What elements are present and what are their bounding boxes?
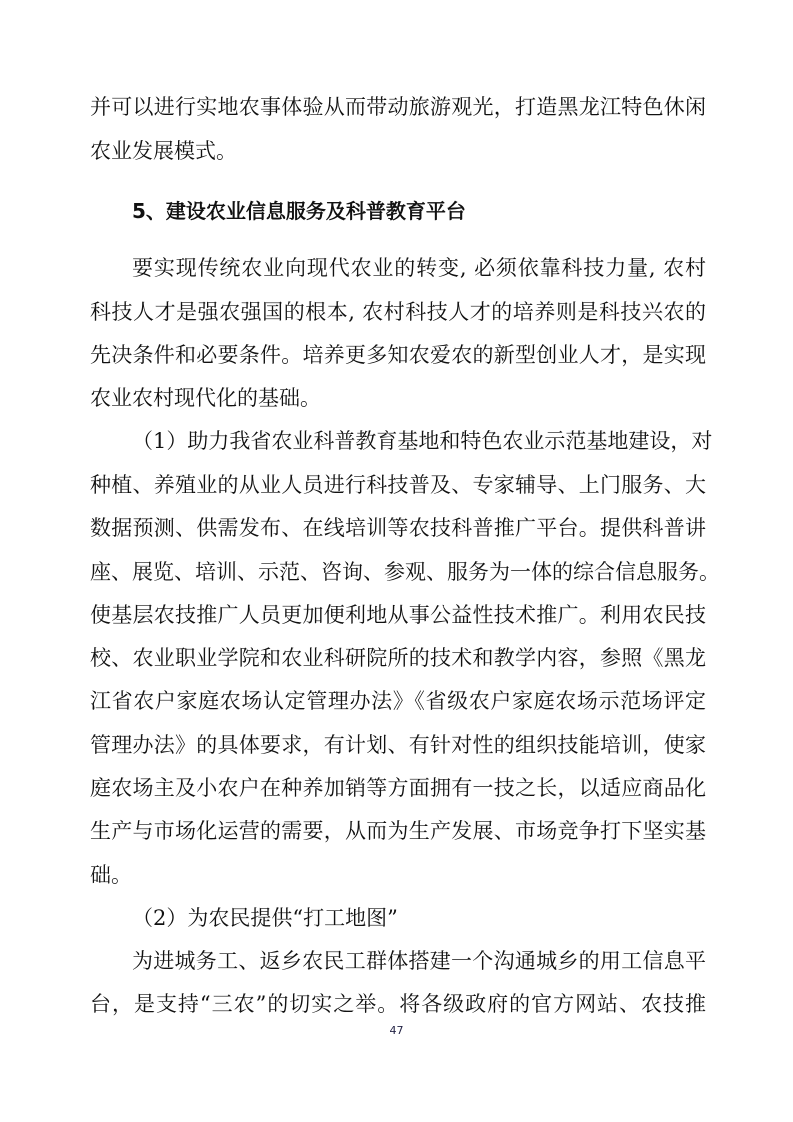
body-text-line: 座、展览、培训、示范、咨询、参观、服务为一体的综合信息服务。 [90, 557, 706, 587]
body-text-line: 校、农业职业学院和农业科研院所的技术和教学内容，参照《黑龙 [90, 643, 706, 673]
body-text-line: （1）助力我省农业科普教育基地和特色农业示范基地建设，对 [132, 426, 706, 456]
body-text-line: 要实现传统农业向现代农业的转变, 必须依靠科技力量, 农村 [132, 253, 706, 283]
body-text-line: 农业发展模式。 [90, 136, 706, 166]
body-text-line: 先决条件和必要条件。培养更多知农爱农的新型创业人才，是实现 [90, 340, 706, 370]
document-page: 并可以进行实地农事体验从而带动旅游观光，打造黑龙江特色休闲 农业发展模式。 5、… [0, 0, 793, 1122]
body-text-line: 为进城务工、返乡农民工群体搭建一个沟通城乡的用工信息平 [132, 946, 706, 976]
body-text-line: 数据预测、供需发布、在线培训等农技科普推广平台。提供科普讲 [90, 513, 706, 543]
body-text-line: 科技人才是强农强国的根本, 农村科技人才的培养则是科技兴农的 [90, 297, 706, 327]
body-text-line: 农业农村现代化的基础。 [90, 383, 706, 413]
body-text-line: 庭农场主及小农户在种养加销等方面拥有一技之长，以适应商品化 [90, 773, 706, 803]
body-text-line: 生产与市场化运营的需要，从而为生产发展、市场竞争打下坚实基 [90, 816, 706, 846]
body-text-line: 础。 [90, 860, 706, 890]
body-text-line: 江省农户家庭农场认定管理办法》《省级农户家庭农场示范场评定 [90, 686, 706, 716]
body-text-line: 使基层农技推广人员更加便利地从事公益性技术推广。利用农民技 [90, 600, 706, 630]
subheading: （2）为农民提供“打工地图” [132, 903, 706, 933]
body-text-line: 管理办法》的具体要求，有计划、有针对性的组织技能培训，使家 [90, 730, 706, 760]
body-text-line: 并可以进行实地农事体验从而带动旅游观光，打造黑龙江特色休闲 [90, 92, 706, 122]
section-heading: 5、建设农业信息服务及科普教育平台 [132, 196, 466, 226]
body-text-line: 台，是支持“三农”的切实之举。将各级政府的官方网站、农技推 [90, 989, 706, 1019]
page-number: 47 [0, 1024, 793, 1037]
body-text-line: 种植、养殖业的从业人员进行科技普及、专家辅导、上门服务、大 [90, 470, 706, 500]
